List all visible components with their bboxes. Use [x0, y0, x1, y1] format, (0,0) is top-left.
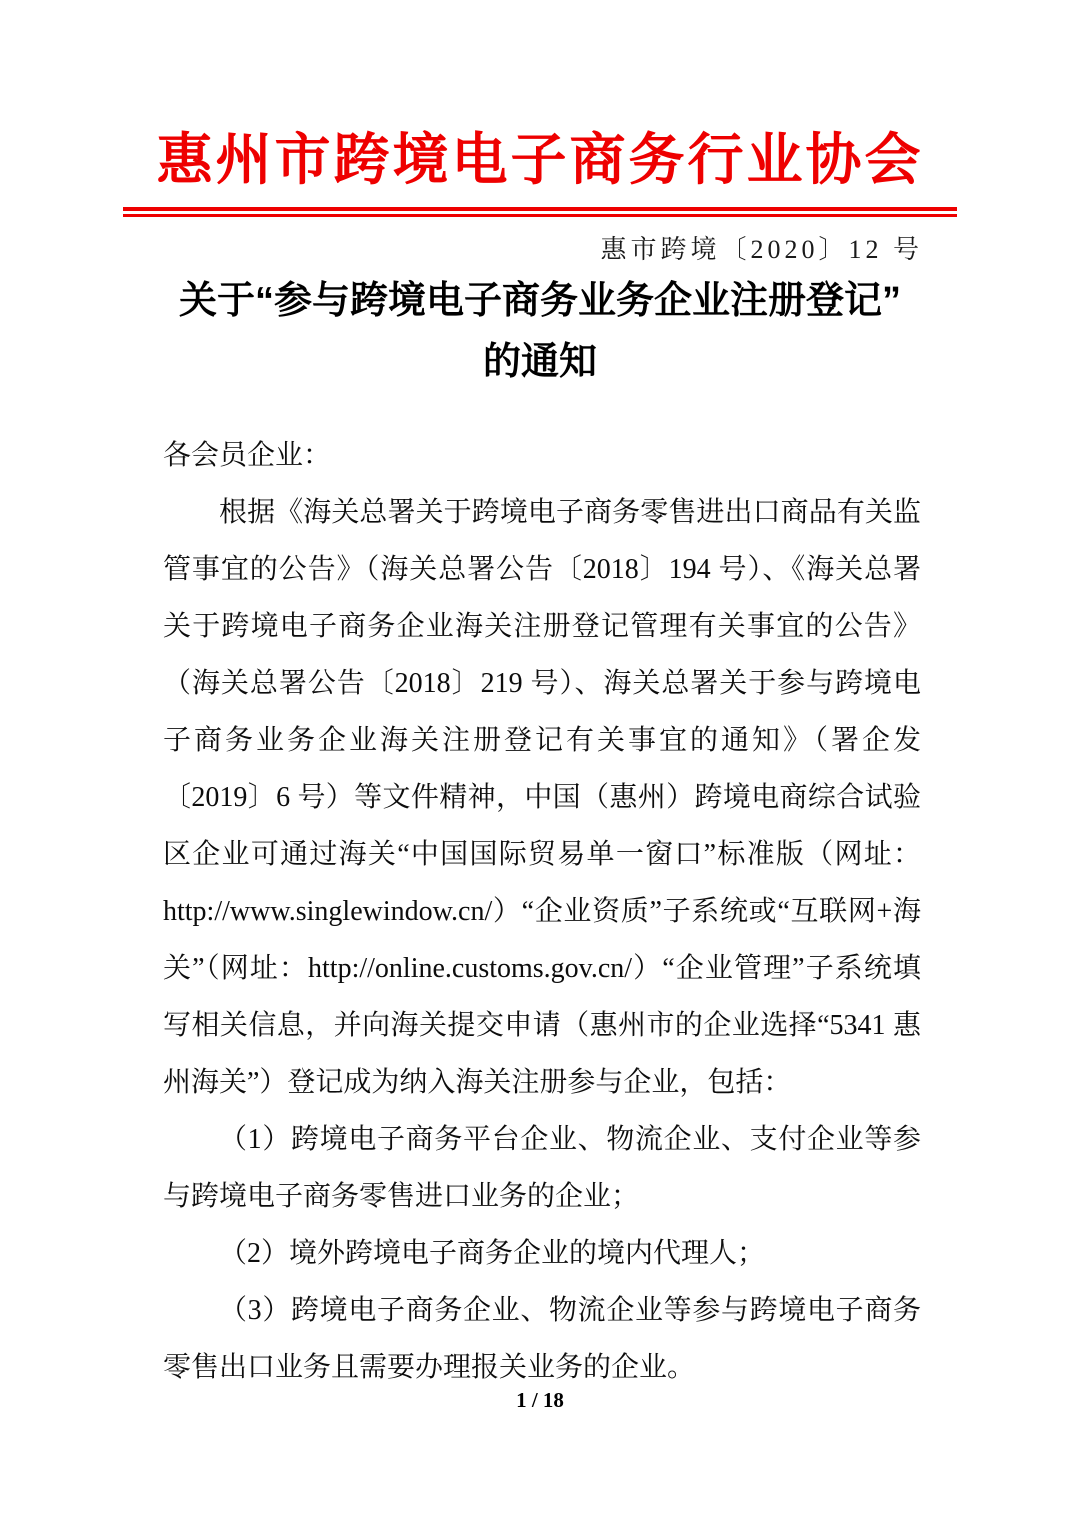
- notice-body: 各会员企业： 根据《海关总署关于跨境电子商务零售进出口商品有关监管事宜的公告》（…: [163, 427, 921, 1396]
- body-paragraph-item-1: （1）跨境电子商务平台企业、物流企业、支付企业等参与跨境电子商务零售进口业务的企…: [163, 1111, 921, 1225]
- notice-title: 关于“参与跨境电子商务业务企业注册登记” 的通知: [0, 271, 1080, 393]
- body-paragraph-basis: 根据《海关总署关于跨境电子商务零售进出口商品有关监管事宜的公告》（海关总署公告〔…: [163, 484, 921, 1111]
- body-paragraph-item-2: （2）境外跨境电子商务企业的境内代理人；: [163, 1225, 921, 1282]
- masthead-double-rule: [123, 207, 957, 217]
- notice-title-line2: 的通知: [0, 332, 1080, 393]
- salutation: 各会员企业：: [163, 427, 921, 484]
- body-paragraph-item-3: （3）跨境电子商务企业、物流企业等参与跨境电子商务零售出口业务且需要办理报关业务…: [163, 1282, 921, 1396]
- org-title: 惠州市跨境电子商务行业协会: [0, 126, 1080, 196]
- notice-title-line1: 关于“参与跨境电子商务业务企业注册登记”: [0, 271, 1080, 332]
- page-number: 1 / 18: [0, 1388, 1080, 1413]
- document-page: 惠州市跨境电子商务行业协会 惠市跨境〔2020〕12 号 关于“参与跨境电子商务…: [0, 0, 1080, 1526]
- doc-number: 惠市跨境〔2020〕12 号: [600, 229, 923, 266]
